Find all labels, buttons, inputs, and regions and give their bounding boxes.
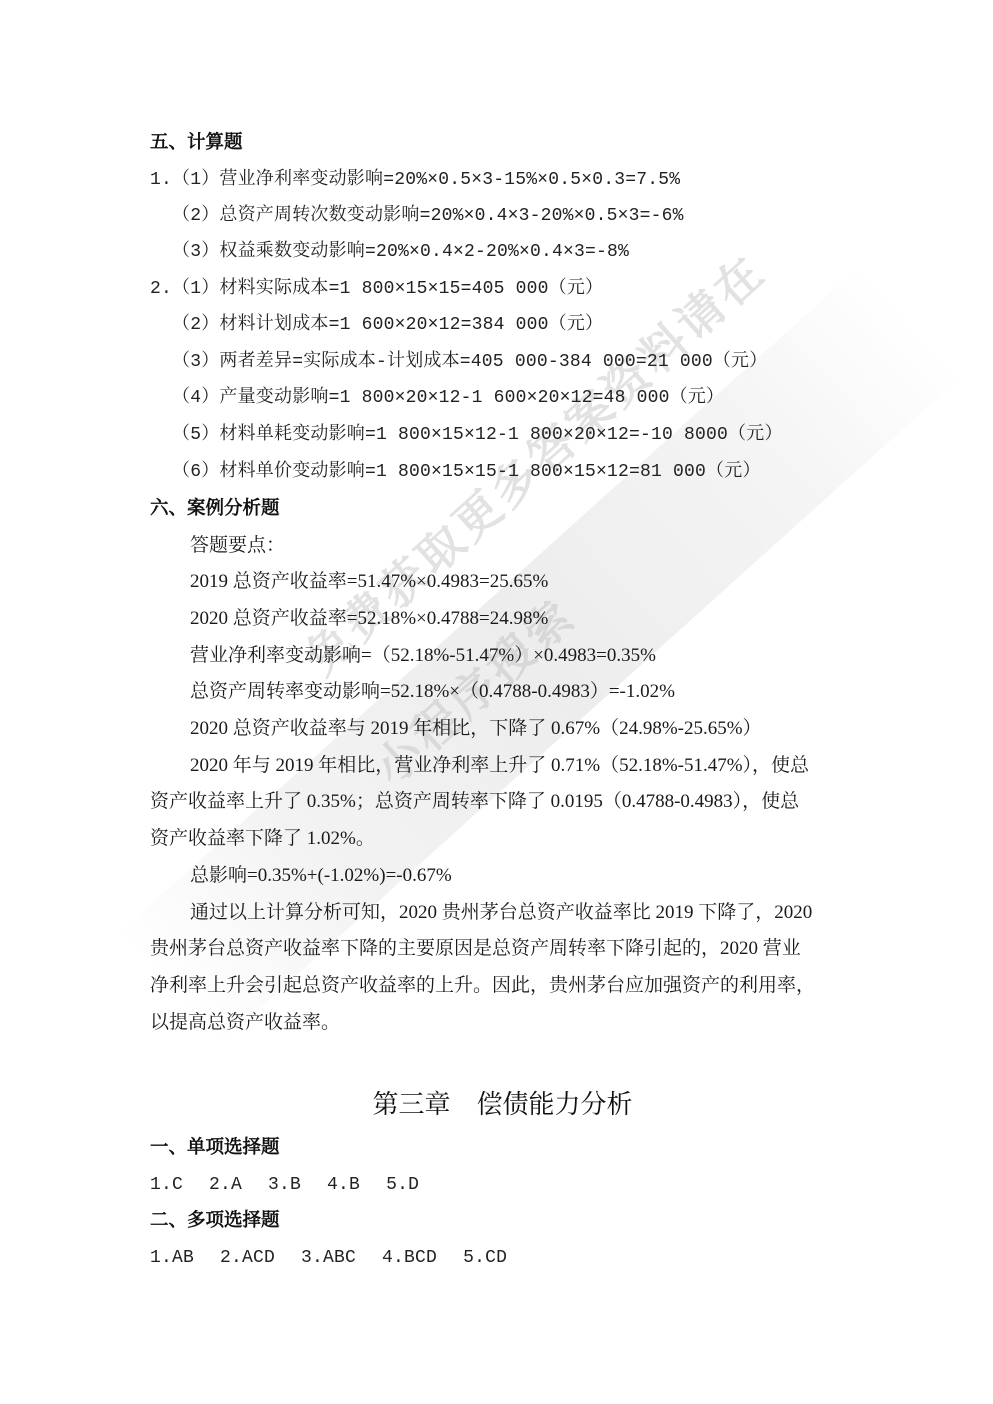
paragraph-2-line-3: 净利率上升会引起总资产收益率的上升。因此，贵州茅台应加强资产的利用率，: [150, 974, 815, 998]
paragraph-2-line-1: 通过以上计算分析可知，2020 贵州茅台总资产收益率比 2019 下降了，202…: [190, 901, 812, 925]
paragraph-1-line-2: 资产收益率上升了 0.35%；总资产周转率下降了 0.0195（0.4788-0…: [150, 790, 799, 814]
answer-item: 2.A: [209, 1173, 242, 1197]
answer-item: 5.D: [386, 1173, 419, 1197]
answer-item: 3.B: [268, 1173, 301, 1197]
q2-line-5: （5）材料单耗变动影响=1 800×15×12-1 800×20×12=-10 …: [172, 423, 783, 447]
total-effect: 总影响=0.35%+(-1.02%)=-0.67%: [190, 864, 452, 888]
answer-item: 4.BCD: [382, 1246, 437, 1270]
section-heading-calculation: 五、计算题: [150, 131, 243, 155]
document-page: 免费获取更多答案资料请在 小程序搜索 五、计算题 1.（1）营业净利率变动影响=…: [0, 0, 993, 1404]
q2-line-3: （3）两者差异=实际成本-计划成本=405 000-384 000=21 000…: [172, 350, 767, 374]
answer-item: 2.ACD: [220, 1246, 275, 1270]
paragraph-1-line-1: 2020 年与 2019 年相比，营业净利率上升了 0.71%（52.18%-5…: [190, 754, 809, 778]
single-choice-answers: 1.C2.A3.B4.B5.D: [150, 1173, 445, 1197]
section-heading-single-choice: 一、单项选择题: [150, 1136, 280, 1160]
asset-turnover-effect: 总资产周转率变动影响=52.18%×（0.4788-0.4983）=-1.02%: [190, 680, 675, 704]
paragraph-1-line-3: 资产收益率下降了 1.02%。: [150, 827, 375, 851]
q2-line-6: （6）材料单价变动影响=1 800×15×15-1 800×15×12=81 0…: [172, 460, 761, 484]
roa-2019: 2019 总资产收益率=51.47%×0.4983=25.65%: [190, 570, 548, 594]
answer-item: 4.B: [327, 1173, 360, 1197]
section-heading-case-analysis: 六、案例分析题: [150, 497, 280, 521]
answer-key-points-label: 答题要点：: [190, 534, 285, 558]
q1-line-1: 1.（1）营业净利率变动影响=20%×0.5×3-15%×0.5×0.3=7.5…: [150, 168, 680, 192]
roa-change: 2020 总资产收益率与 2019 年相比，下降了 0.67%（24.98%-2…: [190, 717, 762, 741]
chapter-title: 第三章 偿债能力分析: [0, 1084, 993, 1121]
answer-item: 1.C: [150, 1173, 183, 1197]
page-content: 五、计算题 1.（1）营业净利率变动影响=20%×0.5×3-15%×0.5×0…: [0, 0, 993, 1404]
answer-item: 1.AB: [150, 1246, 194, 1270]
q2-line-2: （2）材料计划成本=1 600×20×12=384 000（元）: [172, 313, 603, 337]
section-heading-multiple-choice: 二、多项选择题: [150, 1209, 280, 1233]
answer-item: 5.CD: [463, 1246, 507, 1270]
multiple-choice-answers: 1.AB2.ACD3.ABC4.BCD5.CD: [150, 1246, 533, 1270]
paragraph-2-line-2: 贵州茅台总资产收益率下降的主要原因是总资产周转率下降引起的，2020 营业: [150, 937, 801, 961]
q1-line-2: （2）总资产周转次数变动影响=20%×0.4×3-20%×0.5×3=-6%: [172, 204, 684, 228]
q2-line-1: 2.（1）材料实际成本=1 800×15×15=405 000（元）: [150, 277, 603, 301]
roa-2020: 2020 总资产收益率=52.18%×0.4788=24.98%: [190, 607, 548, 631]
q1-line-3: （3）权益乘数变动影响=20%×0.4×2-20%×0.4×3=-8%: [172, 240, 629, 264]
paragraph-2-line-4: 以提高总资产收益率。: [150, 1011, 340, 1035]
q2-line-4: （4）产量变动影响=1 800×20×12-1 600×20×12=48 000…: [172, 386, 724, 410]
net-margin-effect: 营业净利率变动影响=（52.18%-51.47%）×0.4983=0.35%: [190, 644, 656, 668]
answer-item: 3.ABC: [301, 1246, 356, 1270]
